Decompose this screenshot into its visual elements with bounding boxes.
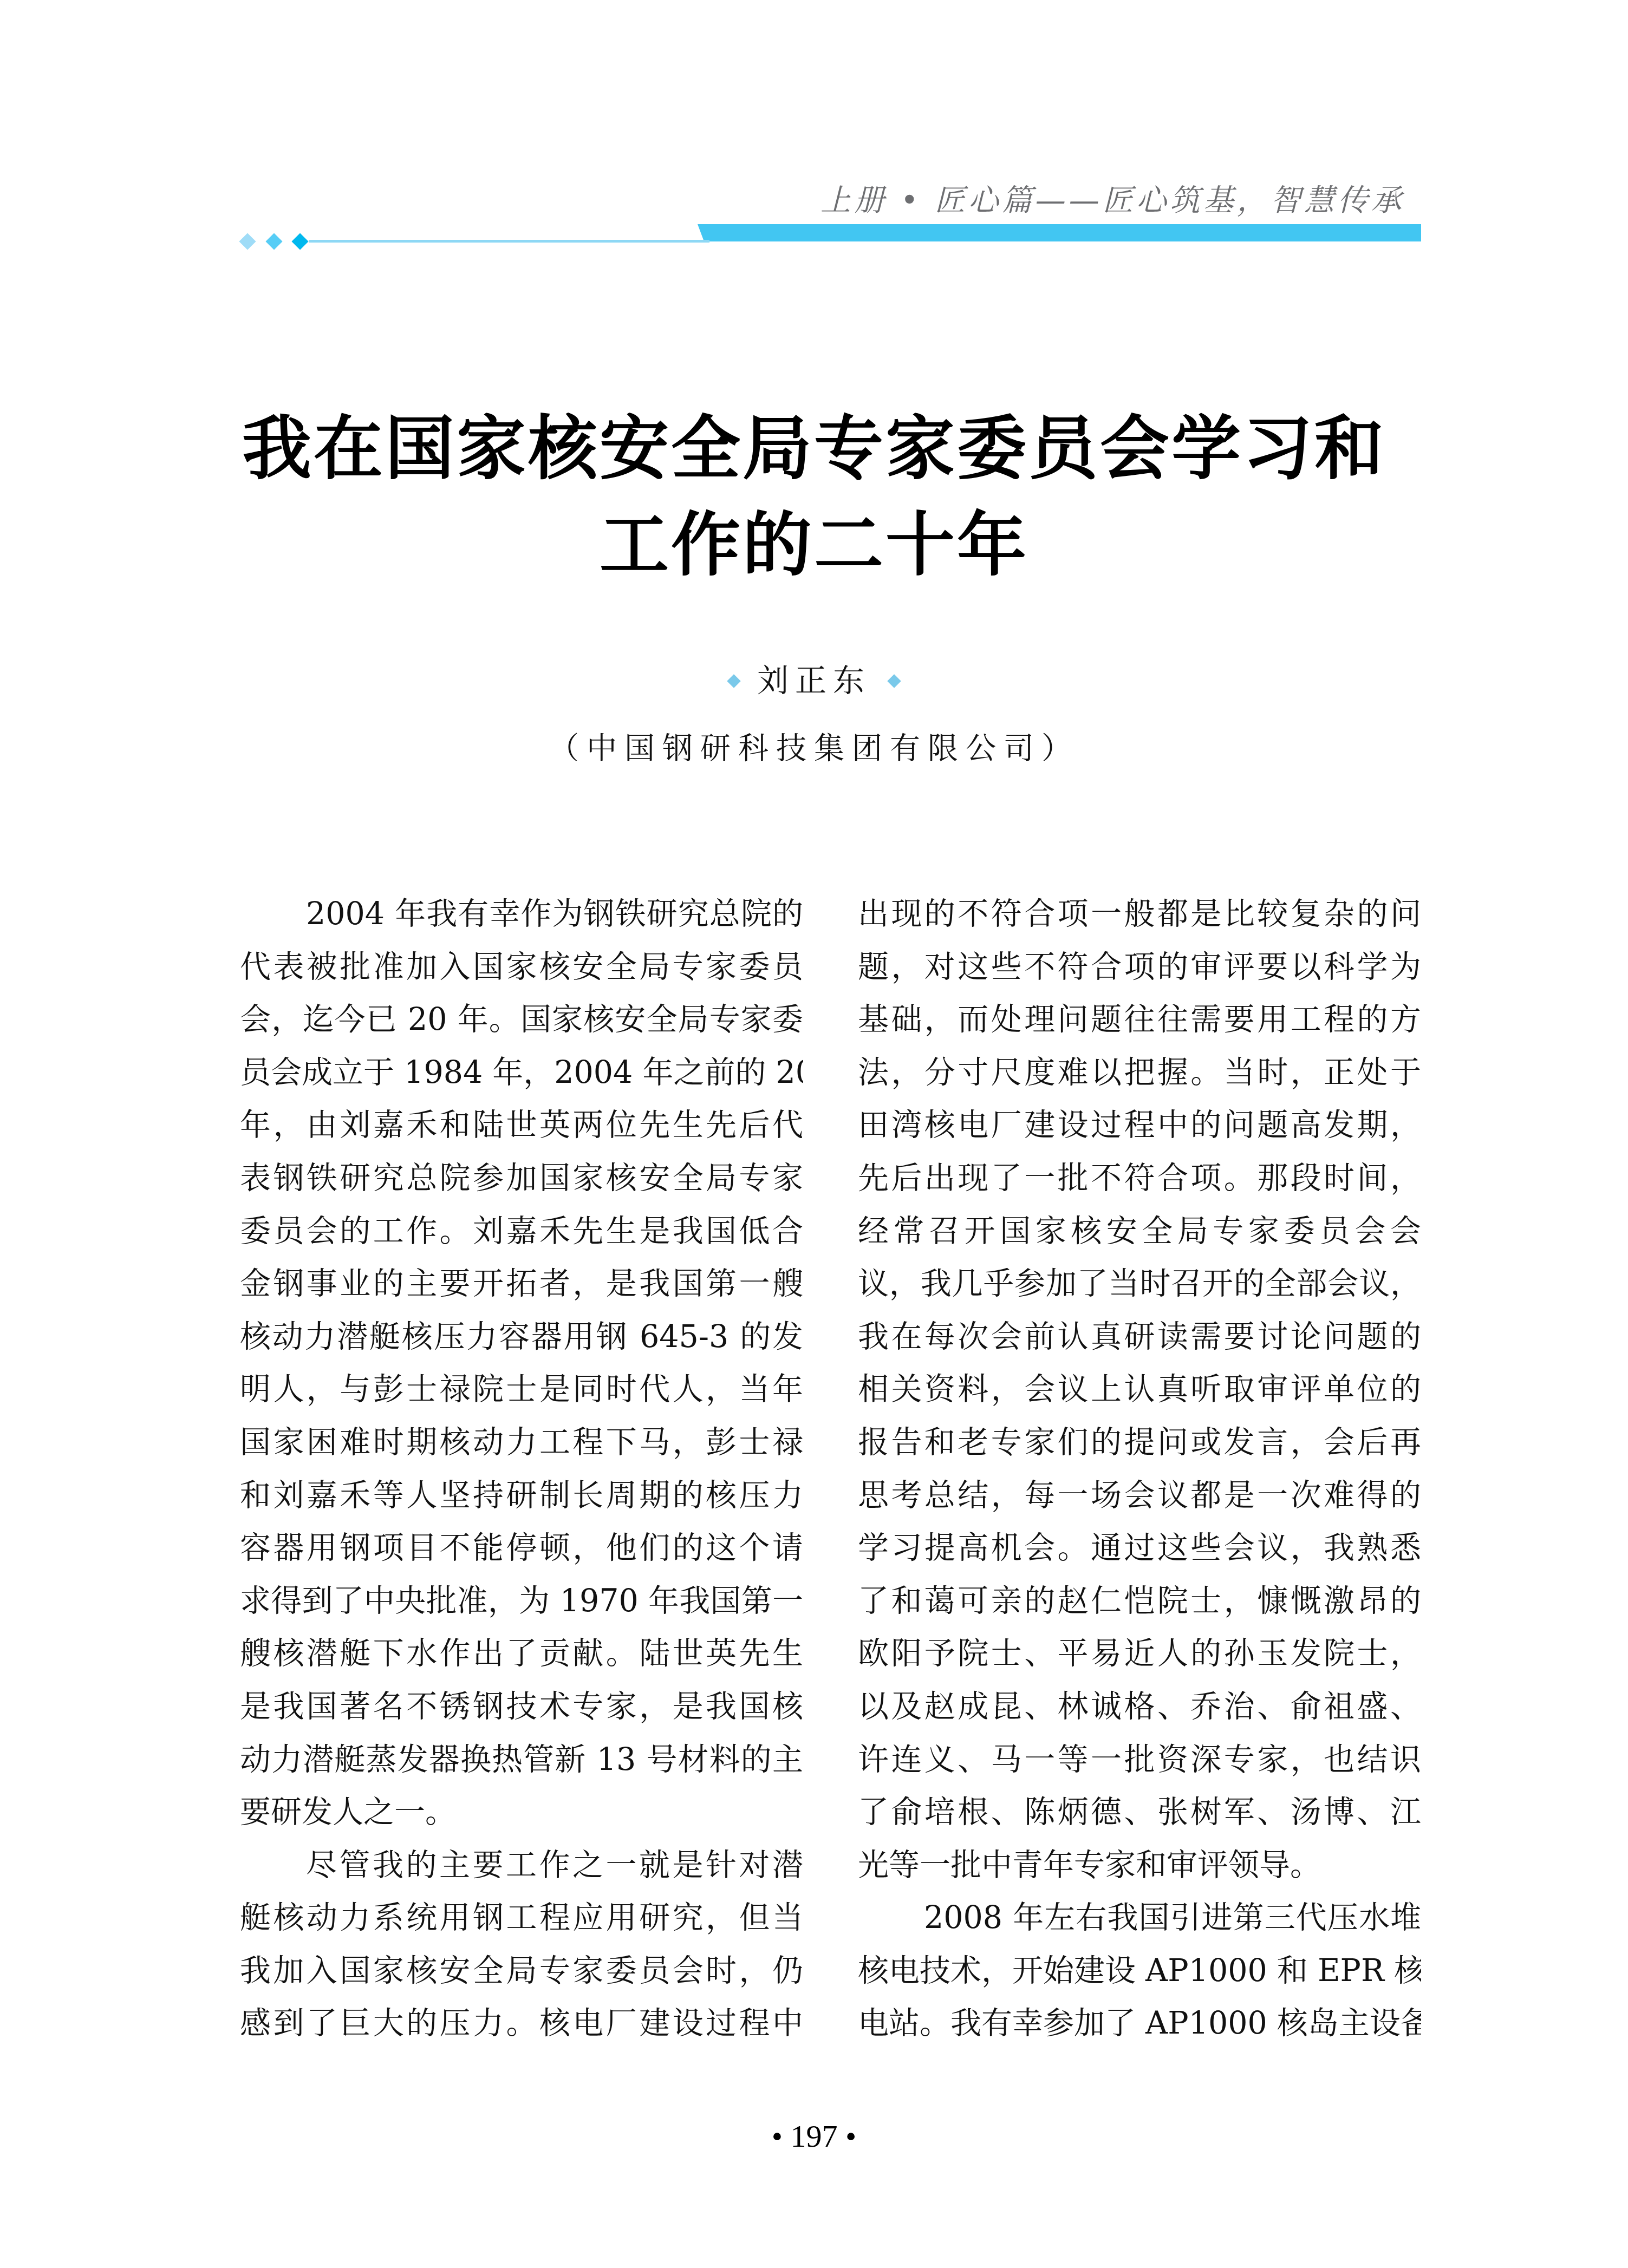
paragraph-line: 我加入国家核安全局专家委员会时，仍: [240, 1945, 803, 1998]
paragraph-line: 核电技术，开始建设 AP1000 和 EPR 核: [858, 1945, 1421, 1998]
header-diamond-icon: [265, 233, 282, 250]
paragraph-line: 年，由刘嘉禾和陆世英两位先生先后代: [240, 1099, 803, 1152]
paragraph-line: 艘核潜艇下水作出了贡献。陆世英先生: [240, 1628, 803, 1681]
paragraph-line: 员会成立于 1984 年，2004 年之前的 20: [240, 1047, 803, 1100]
body-column-right: 出现的不符合项一般都是比较复杂的问 题，对这些不符合项的审评要以科学为 基础，而…: [858, 888, 1421, 2050]
paragraph-line: 欧阳予院士、平易近人的孙玉发院士，: [858, 1628, 1421, 1681]
paragraph-line: 了俞培根、陈炳德、张树军、汤博、江: [858, 1786, 1421, 1839]
paragraph-line: 题，对这些不符合项的审评要以科学为: [858, 941, 1421, 994]
paragraph-line: 学习提高机会。通过这些会议，我熟悉: [858, 1522, 1421, 1575]
paragraph-line: 议，我几乎参加了当时召开的全部会议，: [858, 1258, 1421, 1311]
paragraph-line: 2008 年左右我国引进第三代压水堆: [858, 1892, 1421, 1945]
paragraph-line: 明人，与彭士禄院士是同时代人，当年: [240, 1363, 803, 1416]
header-diamond-icon: [239, 233, 256, 250]
paragraph-line: 国家困难时期核动力工程下马，彭士禄: [240, 1416, 803, 1469]
title-line: 工作的二十年: [0, 497, 1628, 593]
diamond-icon: [887, 674, 901, 688]
paragraph-line: 求得到了中央批准，为 1970 年我国第一: [240, 1575, 803, 1628]
paragraph-line: 代表被批准加入国家核安全局专家委员: [240, 941, 803, 994]
paragraph-line: 了和蔼可亲的赵仁恺院士，慷慨激昂的: [858, 1575, 1421, 1628]
paragraph-line: 报告和老专家们的提问或发言，会后再: [858, 1416, 1421, 1469]
paragraph-line: 电站。我有幸参加了 AP1000 核岛主设备: [858, 1997, 1421, 2050]
author-name: 刘正东: [757, 662, 871, 699]
paragraph-line: 先后出现了一批不符合项。那段时间，: [858, 1152, 1421, 1205]
paragraph-line: 感到了巨大的压力。核电厂建设过程中: [240, 1997, 803, 2050]
paragraph-line: 委员会的工作。刘嘉禾先生是我国低合: [240, 1205, 803, 1258]
paragraph-line: 我在每次会前认真研读需要讨论问题的: [858, 1311, 1421, 1364]
paragraph-line: 以及赵成昆、林诚格、乔治、俞祖盛、: [858, 1681, 1421, 1734]
header-diamond-icon: [291, 233, 308, 250]
author-line: 刘正东: [0, 656, 1628, 705]
paragraph-line: 是我国著名不锈钢技术专家，是我国核: [240, 1681, 803, 1734]
paragraph-line: 相关资料，会议上认真听取审评单位的: [858, 1363, 1421, 1416]
title-line: 我在国家核安全局专家委员会学习和: [0, 401, 1628, 497]
paragraph-line: 田湾核电厂建设过程中的问题高发期，: [858, 1099, 1421, 1152]
paragraph-line: 和刘嘉禾等人坚持研制长周期的核压力: [240, 1469, 803, 1522]
diamond-icon: [727, 674, 740, 688]
page-number: • 197 •: [0, 2118, 1628, 2154]
author-affiliation: （中国钢研科技集团有限公司）: [0, 724, 1628, 773]
running-header-title: 上册 • 匠心篇——匠心筑基，智慧传承: [820, 177, 1416, 220]
header-accent-bar: [698, 224, 1421, 241]
body-column-left: 2004 年我有幸作为钢铁研究总院的 代表被批准加入国家核安全局专家委员 会，迄…: [240, 888, 803, 2050]
paragraph-line: 尽管我的主要工作之一就是针对潜: [240, 1839, 803, 1892]
paragraph-line: 思考总结，每一场会议都是一次难得的: [858, 1469, 1421, 1522]
paragraph-line: 金钢事业的主要开拓者，是我国第一艘: [240, 1258, 803, 1311]
paragraph-line: 表钢铁研究总院参加国家核安全局专家: [240, 1152, 803, 1205]
paragraph-line: 动力潜艇蒸发器换热管新 13 号材料的主: [240, 1734, 803, 1787]
paragraph-line: 2004 年我有幸作为钢铁研究总院的: [240, 888, 803, 941]
header-rule-line: [309, 240, 709, 243]
paragraph-line: 核动力潜艇核压力容器用钢 645-3 的发: [240, 1311, 803, 1364]
paragraph-line: 经常召开国家核安全局专家委员会会: [858, 1205, 1421, 1258]
paragraph-line: 许连义、马一等一批资深专家，也结识: [858, 1734, 1421, 1787]
paragraph-line: 容器用钢项目不能停顿，他们的这个请: [240, 1522, 803, 1575]
paragraph-line: 要研发人之一。: [240, 1786, 803, 1839]
paragraph-line: 会，迄今已 20 年。国家核安全局专家委: [240, 994, 803, 1047]
paragraph-line: 艇核动力系统用钢工程应用研究，但当: [240, 1892, 803, 1945]
paragraph-line: 光等一批中青年专家和审评领导。: [858, 1839, 1421, 1892]
article-title: 我在国家核安全局专家委员会学习和 工作的二十年: [0, 401, 1628, 593]
paragraph-line: 法，分寸尺度难以把握。当时，正处于: [858, 1047, 1421, 1100]
paragraph-line: 出现的不符合项一般都是比较复杂的问: [858, 888, 1421, 941]
paragraph-line: 基础，而处理问题往往需要用工程的方: [858, 994, 1421, 1047]
